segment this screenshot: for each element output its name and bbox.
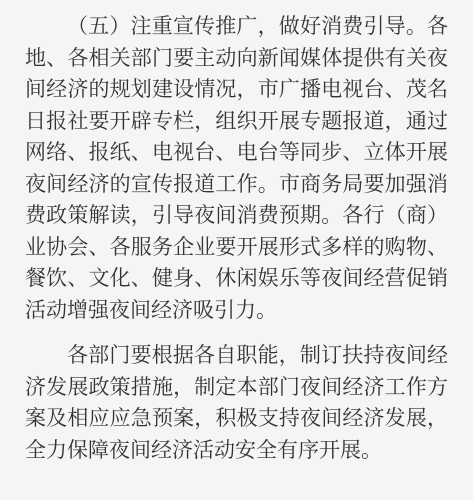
text-line: 日报社要开辟专栏，组织开展专题报道，通过 — [25, 106, 448, 138]
text-line: （五）注重宣传推广，做好消费引导。各 — [25, 11, 448, 43]
text-line: 全力保障夜间经济活动安全有序开展。 — [25, 435, 448, 467]
text-line: 间经济的规划建设情况，市广播电视台、茂名 — [25, 74, 448, 106]
text-line: 业协会、各服务企业要开展形式多样的购物、 — [25, 232, 448, 264]
text-line: 费政策解读，引导夜间消费预期。各行（商） — [25, 200, 448, 232]
text-line: 活动增强夜间经济吸引力。 — [25, 295, 448, 327]
paragraph-publicity-promotion: （五）注重宣传推广，做好消费引导。各地、各相关部门要主动向新闻媒体提供有关夜间经… — [25, 11, 448, 326]
paragraph-department-duties: 各部门要根据各自职能，制订扶持夜间经济发展政策措施，制定本部门夜间经济工作方案及… — [25, 340, 448, 466]
text-line: 餐饮、文化、健身、休闲娱乐等夜间经营促销 — [25, 263, 448, 295]
text-line: 夜间经济的宣传报道工作。市商务局要加强消 — [25, 169, 448, 201]
document-body: （五）注重宣传推广，做好消费引导。各地、各相关部门要主动向新闻媒体提供有关夜间经… — [0, 0, 473, 500]
text-line: 案及相应应急预案，积极支持夜间经济发展， — [25, 403, 448, 435]
text-line: 济发展政策措施，制定本部门夜间经济工作方 — [25, 372, 448, 404]
text-line: 地、各相关部门要主动向新闻媒体提供有关夜 — [25, 43, 448, 75]
text-line: 各部门要根据各自职能，制订扶持夜间经 — [25, 340, 448, 372]
text-line: 网络、报纸、电视台、电台等同步、立体开展 — [25, 137, 448, 169]
